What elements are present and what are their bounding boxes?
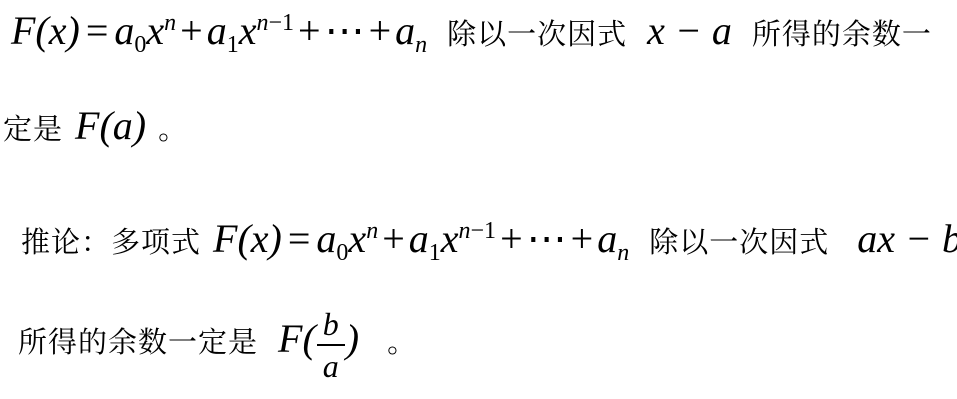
func-open-paren: F( [278, 316, 316, 361]
polynomial-word: 多项式 [111, 227, 201, 259]
remainder-text: 所得的余数一定是 [18, 327, 258, 359]
plus-sign: + [496, 216, 527, 261]
subscript-1: 1 [429, 240, 441, 266]
period-mark: 。 [387, 327, 417, 359]
func-close-paren: ) [346, 316, 359, 361]
var-x: x [441, 216, 459, 261]
math-F-of-a: F(a) [75, 103, 146, 148]
polynomial-expression: F(x)=a0xn+a1xn−1+⋯+an [213, 216, 629, 261]
superscript-n: n [459, 218, 471, 244]
coeff-a: a [597, 216, 617, 261]
var-x: x [146, 8, 164, 53]
math-F-of-b-over-a: F(ba) [278, 316, 359, 361]
coeff-a: a [409, 216, 429, 261]
fraction-b-over-a: ba [317, 308, 345, 382]
polynomial-expression: F(x)=a0xn+a1xn−1+⋯+an [11, 8, 427, 53]
coeff-a: a [114, 8, 134, 53]
math-func-F-of-x: F(x) [11, 8, 80, 53]
theorem-line-2: 定是 F(a) 。 [3, 106, 188, 146]
var-x: x [348, 216, 366, 261]
coeff-a: a [316, 216, 336, 261]
divide-by-factor-text: 除以一次因式 [447, 19, 627, 51]
fraction-denominator-a: a [317, 344, 345, 382]
coeff-a: a [207, 8, 227, 53]
subscript-1: 1 [227, 32, 239, 58]
subscript-0: 0 [134, 32, 146, 58]
document-page: F(x)=a0xn+a1xn−1+⋯+an 除以一次因式 x − a 所得的余数… [0, 0, 957, 399]
superscript-n: n [256, 10, 268, 36]
corollary-line-2: 所得的余数一定是 F(ba) 。 [18, 308, 417, 382]
plus-sign: + [176, 8, 207, 53]
remainder-text-part2: 定是 [3, 114, 63, 146]
theorem-line-1: F(x)=a0xn+a1xn−1+⋯+an 除以一次因式 x − a 所得的余数… [11, 11, 932, 51]
period-mark: 。 [158, 114, 188, 146]
subscript-n: n [617, 240, 629, 266]
cdots: ⋯ [325, 8, 365, 53]
plus-sign: + [378, 216, 409, 261]
subscript-n: n [415, 32, 427, 58]
math-func-F-of-x: F(x) [213, 216, 282, 261]
superscript-minus-1: −1 [268, 10, 294, 36]
corollary-label: 推论： [21, 227, 111, 259]
var-x: x [239, 8, 257, 53]
plus-sign: + [567, 216, 598, 261]
superscript-minus-1: −1 [471, 218, 497, 244]
cdots: ⋯ [527, 216, 567, 261]
coeff-a: a [395, 8, 415, 53]
fraction-numerator-b: b [317, 308, 345, 344]
subscript-0: 0 [336, 240, 348, 266]
remainder-text-part1: 所得的余数一 [752, 19, 932, 51]
equals-sign: = [282, 216, 317, 261]
equals-sign: = [80, 8, 115, 53]
plus-sign: + [365, 8, 396, 53]
corollary-line-1: 推论：多项式 F(x)=a0xn+a1xn−1+⋯+an 除以一次因式 ax −… [21, 219, 957, 259]
superscript-n: n [164, 10, 176, 36]
superscript-n-minus-1: n−1 [256, 10, 294, 36]
divide-by-factor-text: 除以一次因式 [649, 227, 829, 259]
superscript-n: n [366, 218, 378, 244]
linear-factor-x-minus-a: x − a [647, 8, 732, 53]
linear-factor-ax-minus-b: ax − b [857, 216, 957, 261]
superscript-n-minus-1: n−1 [459, 218, 497, 244]
plus-sign: + [294, 8, 325, 53]
